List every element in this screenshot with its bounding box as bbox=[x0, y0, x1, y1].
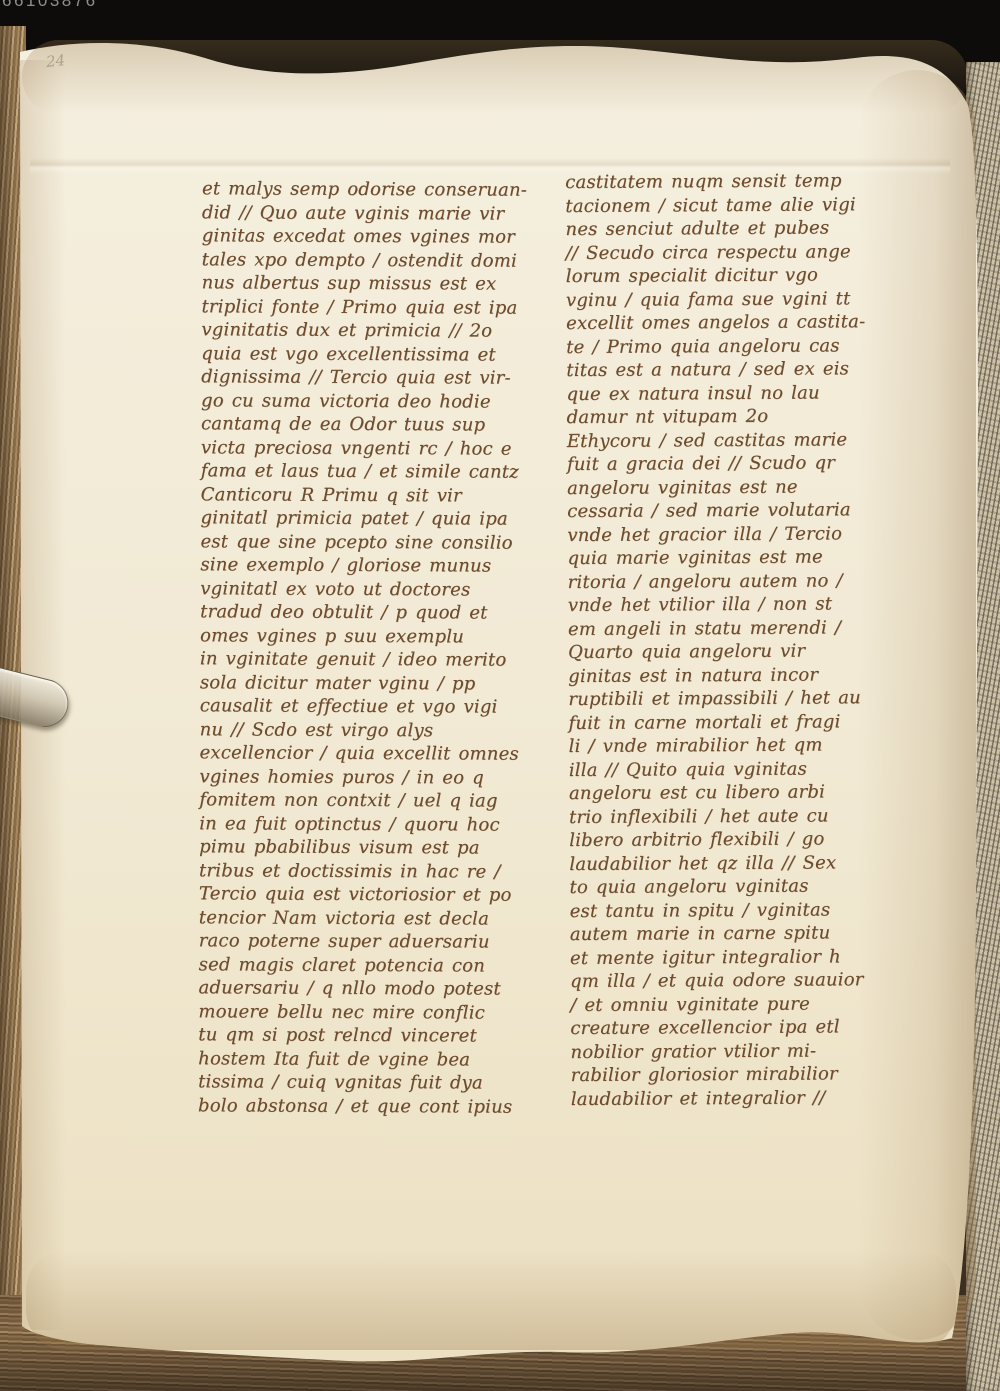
manuscript-line: // Secudo circa respectu ange bbox=[566, 239, 902, 265]
manuscript-line: raco poterne super aduersariu bbox=[199, 929, 535, 954]
manuscript-line: autem marie in carne spitu bbox=[570, 921, 906, 947]
manuscript-line: quia marie vginitas est me bbox=[567, 545, 903, 571]
manuscript-line: triplici fonte / Primo quia est ipa bbox=[201, 295, 537, 320]
manuscript-line: Tercio quia est victoriosior et po bbox=[199, 882, 535, 907]
manuscript-scan: 66103876 24 et malys semp odorise conser… bbox=[0, 0, 1000, 1391]
manuscript-line: angeloru est cu libero arbi bbox=[569, 780, 905, 806]
manuscript-line: tencior Nam victoria est decla bbox=[199, 906, 535, 931]
manuscript-line: laudabilior et integralior // bbox=[571, 1085, 907, 1111]
manuscript-line: in ea fuit optinctus / quoru hoc bbox=[199, 812, 535, 837]
manuscript-line: cantamq de ea Odor tuus sup bbox=[201, 412, 537, 437]
manuscript-line: nes senciut adulte et pubes bbox=[565, 216, 901, 242]
manuscript-line: hostem Ita fuit de vgine bea bbox=[198, 1047, 534, 1072]
manuscript-line: illa // Quito quia vginitas bbox=[569, 756, 905, 782]
manuscript-line: cessaria / sed marie volutaria bbox=[567, 498, 903, 524]
manuscript-line: ginitas est in natura incor bbox=[568, 662, 904, 688]
manuscript-line: fuit a gracia dei // Scudo qr bbox=[567, 451, 903, 477]
manuscript-line: que ex natura insul no lau bbox=[566, 380, 902, 406]
manuscript-line: ritoria / angeloru autem no / bbox=[568, 568, 904, 594]
manuscript-line: et mente igitur integralior h bbox=[570, 944, 906, 970]
manuscript-line: tribus et doctissimis in hac re / bbox=[199, 859, 535, 884]
manuscript-line: castitatem nuqm sensit temp bbox=[565, 169, 901, 195]
manuscript-line: est que sine pcepto sine consilio bbox=[200, 530, 536, 555]
manuscript-line: / et omniu vginitate pure bbox=[570, 991, 906, 1017]
manuscript-line: libero arbitrio flexibili / go bbox=[569, 827, 905, 853]
manuscript-line: rabilior gloriosior mirabilior bbox=[571, 1062, 907, 1088]
manuscript-line: vginitatis dux et primicia // 2o bbox=[201, 318, 537, 343]
manuscript-line: damur nt vitupam 2o bbox=[567, 404, 903, 430]
manuscript-line: lorum specialit dicitur vgo bbox=[566, 263, 902, 289]
manuscript-line: to quia angeloru vginitas bbox=[569, 874, 905, 900]
manuscript-line: angeloru vginitas est ne bbox=[567, 474, 903, 500]
manuscript-line: dignissima // Tercio quia est vir- bbox=[201, 365, 537, 390]
manuscript-line: mouere bellu nec mire conflic bbox=[198, 1000, 534, 1025]
manuscript-line: sed magis claret potencia con bbox=[199, 953, 535, 978]
manuscript-line: est tantu in spitu / vginitas bbox=[570, 897, 906, 923]
manuscript-line: vnde het vtilior illa / non st bbox=[568, 592, 904, 618]
manuscript-line: quia est vgo excellentissima et bbox=[201, 342, 537, 367]
manuscript-line: nu // Scdo est virgo alys bbox=[200, 718, 536, 743]
manuscript-line: te / Primo quia angeloru cas bbox=[566, 333, 902, 359]
manuscript-line: sine exemplo / gloriose munus bbox=[200, 553, 536, 578]
manuscript-line: vnde het gracior illa / Tercio bbox=[567, 521, 903, 547]
manuscript-line: trio inflexibili / het aute cu bbox=[569, 803, 905, 829]
manuscript-line: fomitem non contxit / uel q iag bbox=[199, 788, 535, 813]
manuscript-line: did // Quo aute vginis marie vir bbox=[202, 201, 538, 226]
manuscript-line: nus albertus sup missus est ex bbox=[202, 271, 538, 296]
manuscript-line: ginitas excedat omes vgines mor bbox=[202, 224, 538, 249]
manuscript-line: Canticoru R Primu q sit vir bbox=[201, 483, 537, 508]
text-column-left: et malys semp odorise conseruan-did // Q… bbox=[198, 177, 538, 1118]
manuscript-line: sola dicitur mater vginu / pp bbox=[200, 671, 536, 696]
catalog-number: 66103876 bbox=[2, 0, 98, 11]
manuscript-line: Quarto quia angeloru vir bbox=[568, 639, 904, 665]
manuscript-line: ruptibili et impassibili / het au bbox=[568, 686, 904, 712]
manuscript-line: creature excellencior ipa etl bbox=[570, 1015, 906, 1041]
manuscript-line: et malys semp odorise conseruan- bbox=[202, 177, 538, 202]
manuscript-line: li / vnde mirabilior het qm bbox=[569, 733, 905, 759]
manuscript-line: tacionem / sicut tame alie vigi bbox=[565, 192, 901, 218]
pencil-folio-mark: 24 bbox=[45, 51, 66, 71]
manuscript-line: vginu / quia fama sue vgini tt bbox=[566, 286, 902, 312]
manuscript-line: tu qm si post relncd vinceret bbox=[198, 1023, 534, 1048]
manuscript-line: vgines homies puros / in eo q bbox=[199, 765, 535, 790]
manuscript-line: fama et laus tua / et simile cantz bbox=[201, 459, 537, 484]
manuscript-line: causalit et effectiue et vgo vigi bbox=[200, 694, 536, 719]
manuscript-line: laudabilior het qz illa // Sex bbox=[569, 850, 905, 876]
manuscript-line: qm illa / et quia odore suauior bbox=[570, 968, 906, 994]
manuscript-line: em angeli in statu merendi / bbox=[568, 615, 904, 641]
manuscript-line: excellit omes angelos a castita- bbox=[566, 310, 902, 336]
manuscript-line: aduersariu / q nllo modo potest bbox=[198, 976, 534, 1001]
manuscript-line: nobilior gratior vtilior mi- bbox=[570, 1038, 906, 1064]
manuscript-line: go cu suma victoria deo hodie bbox=[201, 389, 537, 414]
manuscript-line: vginitatl ex voto ut doctores bbox=[200, 577, 536, 602]
manuscript-line: titas est a natura / sed ex eis bbox=[566, 357, 902, 383]
manuscript-line: tissima / cuiq vgnitas fuit dya bbox=[198, 1070, 534, 1095]
manuscript-line: bolo abstonsa / et que cont ipius bbox=[198, 1094, 534, 1119]
manuscript-line: ginitatl primicia patet / quia ipa bbox=[201, 506, 537, 531]
manuscript-line: fuit in carne mortali et fragi bbox=[568, 709, 904, 735]
manuscript-line: excellencior / quia excellit omnes bbox=[199, 741, 535, 766]
manuscript-line: in vginitate genuit / ideo merito bbox=[200, 647, 536, 672]
manuscript-line: pimu pbabilibus visum est pa bbox=[199, 835, 535, 860]
manuscript-line: omes vgines p suu exemplu bbox=[200, 624, 536, 649]
text-column-right: castitatem nuqm sensit temptacionem / si… bbox=[565, 169, 907, 1111]
manuscript-line: victa preciosa vngenti rc / hoc e bbox=[201, 436, 537, 461]
manuscript-line: tales xpo dempto / ostendit domi bbox=[202, 248, 538, 273]
manuscript-line: tradud deo obtulit / p quod et bbox=[200, 600, 536, 625]
manuscript-line: Ethycoru / sed castitas marie bbox=[567, 427, 903, 453]
